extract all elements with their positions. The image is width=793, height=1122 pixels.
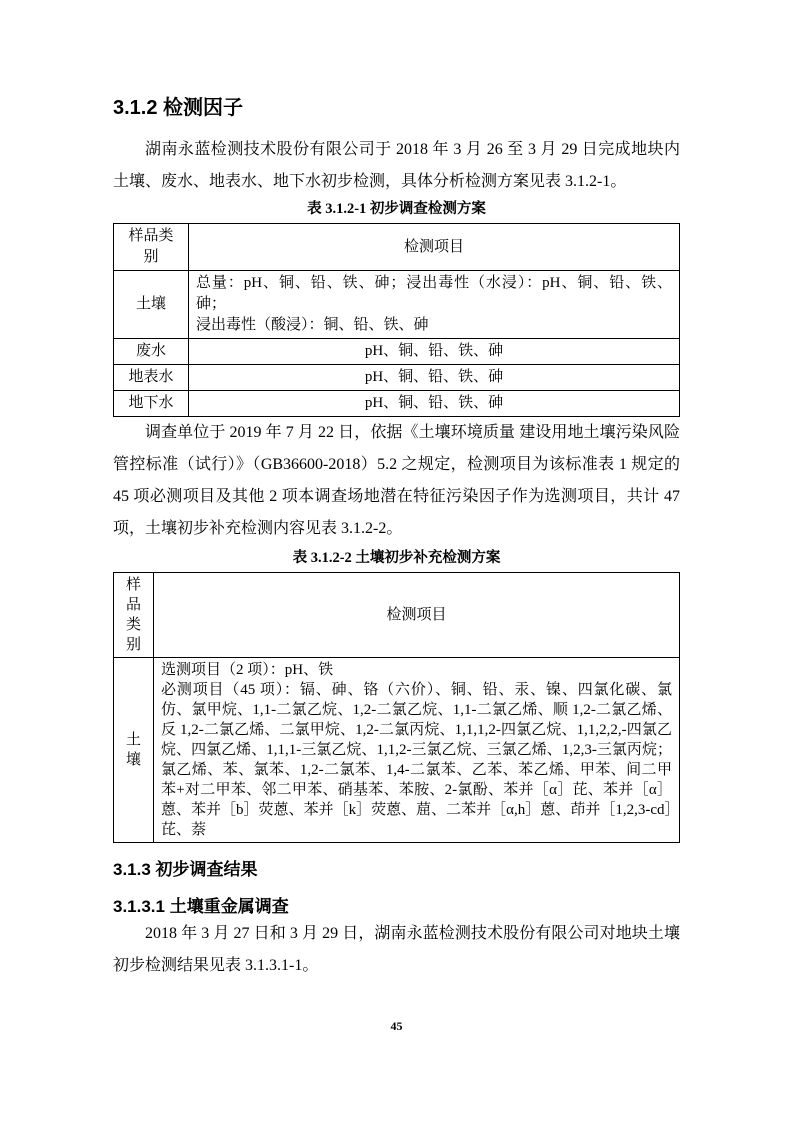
table1-row-surface-water: 地表水 pH、铜、铅、铁、砷 (114, 365, 680, 391)
paragraph-result: 2018 年 3 月 27 日和 3 月 29 日，湖南永蓝检测技术股份有限公司… (113, 918, 680, 982)
sample-type-cell: 土 壤 (114, 658, 154, 843)
items-cell: pH、铜、铅、铁、砷 (189, 365, 680, 391)
page-number: 45 (0, 1019, 793, 1034)
table1-row-wastewater: 废水 pH、铜、铅、铁、砷 (114, 339, 680, 365)
paragraph-regulation: 调查单位于 2019 年 7 月 22 日，依据《土壤环境质量 建设用地土壤污染… (113, 417, 680, 545)
table1-header-items: 检测项目 (189, 224, 680, 271)
table1-row-soil: 土壤 总量：pH、铜、铅、铁、砷；浸出毒性（水浸）：pH、铜、铅、铁、砷； 浸出… (114, 271, 680, 339)
table2-header-row: 样 品 类 别 检测项目 (114, 573, 680, 658)
sample-type-cell: 地表水 (114, 365, 189, 391)
table2-caption: 表 3.1.2-2 土壤初步补充检测方案 (113, 549, 680, 567)
table1-row-groundwater: 地下水 pH、铜、铅、铁、砷 (114, 391, 680, 417)
preliminary-detection-plan-table: 样品类 别 检测项目 土壤 总量：pH、铜、铅、铁、砷；浸出毒性（水浸）：pH、… (113, 223, 680, 417)
heading-3-1-2: 3.1.2 检测因子 (113, 96, 680, 120)
sample-type-cell: 废水 (114, 339, 189, 365)
table2-header-sample-type: 样 品 类 别 (114, 573, 154, 658)
table1-caption: 表 3.1.2-1 初步调查检测方案 (113, 200, 680, 218)
sample-type-cell: 地下水 (114, 391, 189, 417)
items-cell: 总量：pH、铜、铅、铁、砷；浸出毒性（水浸）：pH、铜、铅、铁、砷； 浸出毒性（… (189, 271, 680, 339)
items-cell: pH、铜、铅、铁、砷 (189, 339, 680, 365)
table1-header-row: 样品类 别 检测项目 (114, 224, 680, 271)
table2-row-soil: 土 壤 选测项目（2 项）：pH、铁 必测项目（45 项）：镉、砷、铬（六价）、… (114, 658, 680, 843)
page-content: 3.1.2 检测因子 湖南永蓝检测技术股份有限公司于 2018 年 3 月 26… (113, 0, 680, 982)
items-cell: 选测项目（2 项）：pH、铁 必测项目（45 项）：镉、砷、铬（六价）、铜、铅、… (154, 658, 680, 843)
soil-supplementary-detection-table: 样 品 类 别 检测项目 土 壤 选测项目（2 项）：pH、铁 必测项目（45 … (113, 572, 680, 843)
sample-type-cell: 土壤 (114, 271, 189, 339)
table2-header-items: 检测项目 (154, 573, 680, 658)
heading-3-1-3-1: 3.1.3.1 土壤重金属调查 (113, 896, 680, 918)
heading-3-1-3: 3.1.3 初步调查结果 (113, 859, 680, 881)
table1-header-sample-type: 样品类 别 (114, 224, 189, 271)
document-page: 3.1.2 检测因子 湖南永蓝检测技术股份有限公司于 2018 年 3 月 26… (0, 0, 793, 1122)
paragraph-survey-intro: 湖南永蓝检测技术股份有限公司于 2018 年 3 月 26 至 3 月 29 日… (113, 134, 680, 198)
items-cell: pH、铜、铅、铁、砷 (189, 391, 680, 417)
